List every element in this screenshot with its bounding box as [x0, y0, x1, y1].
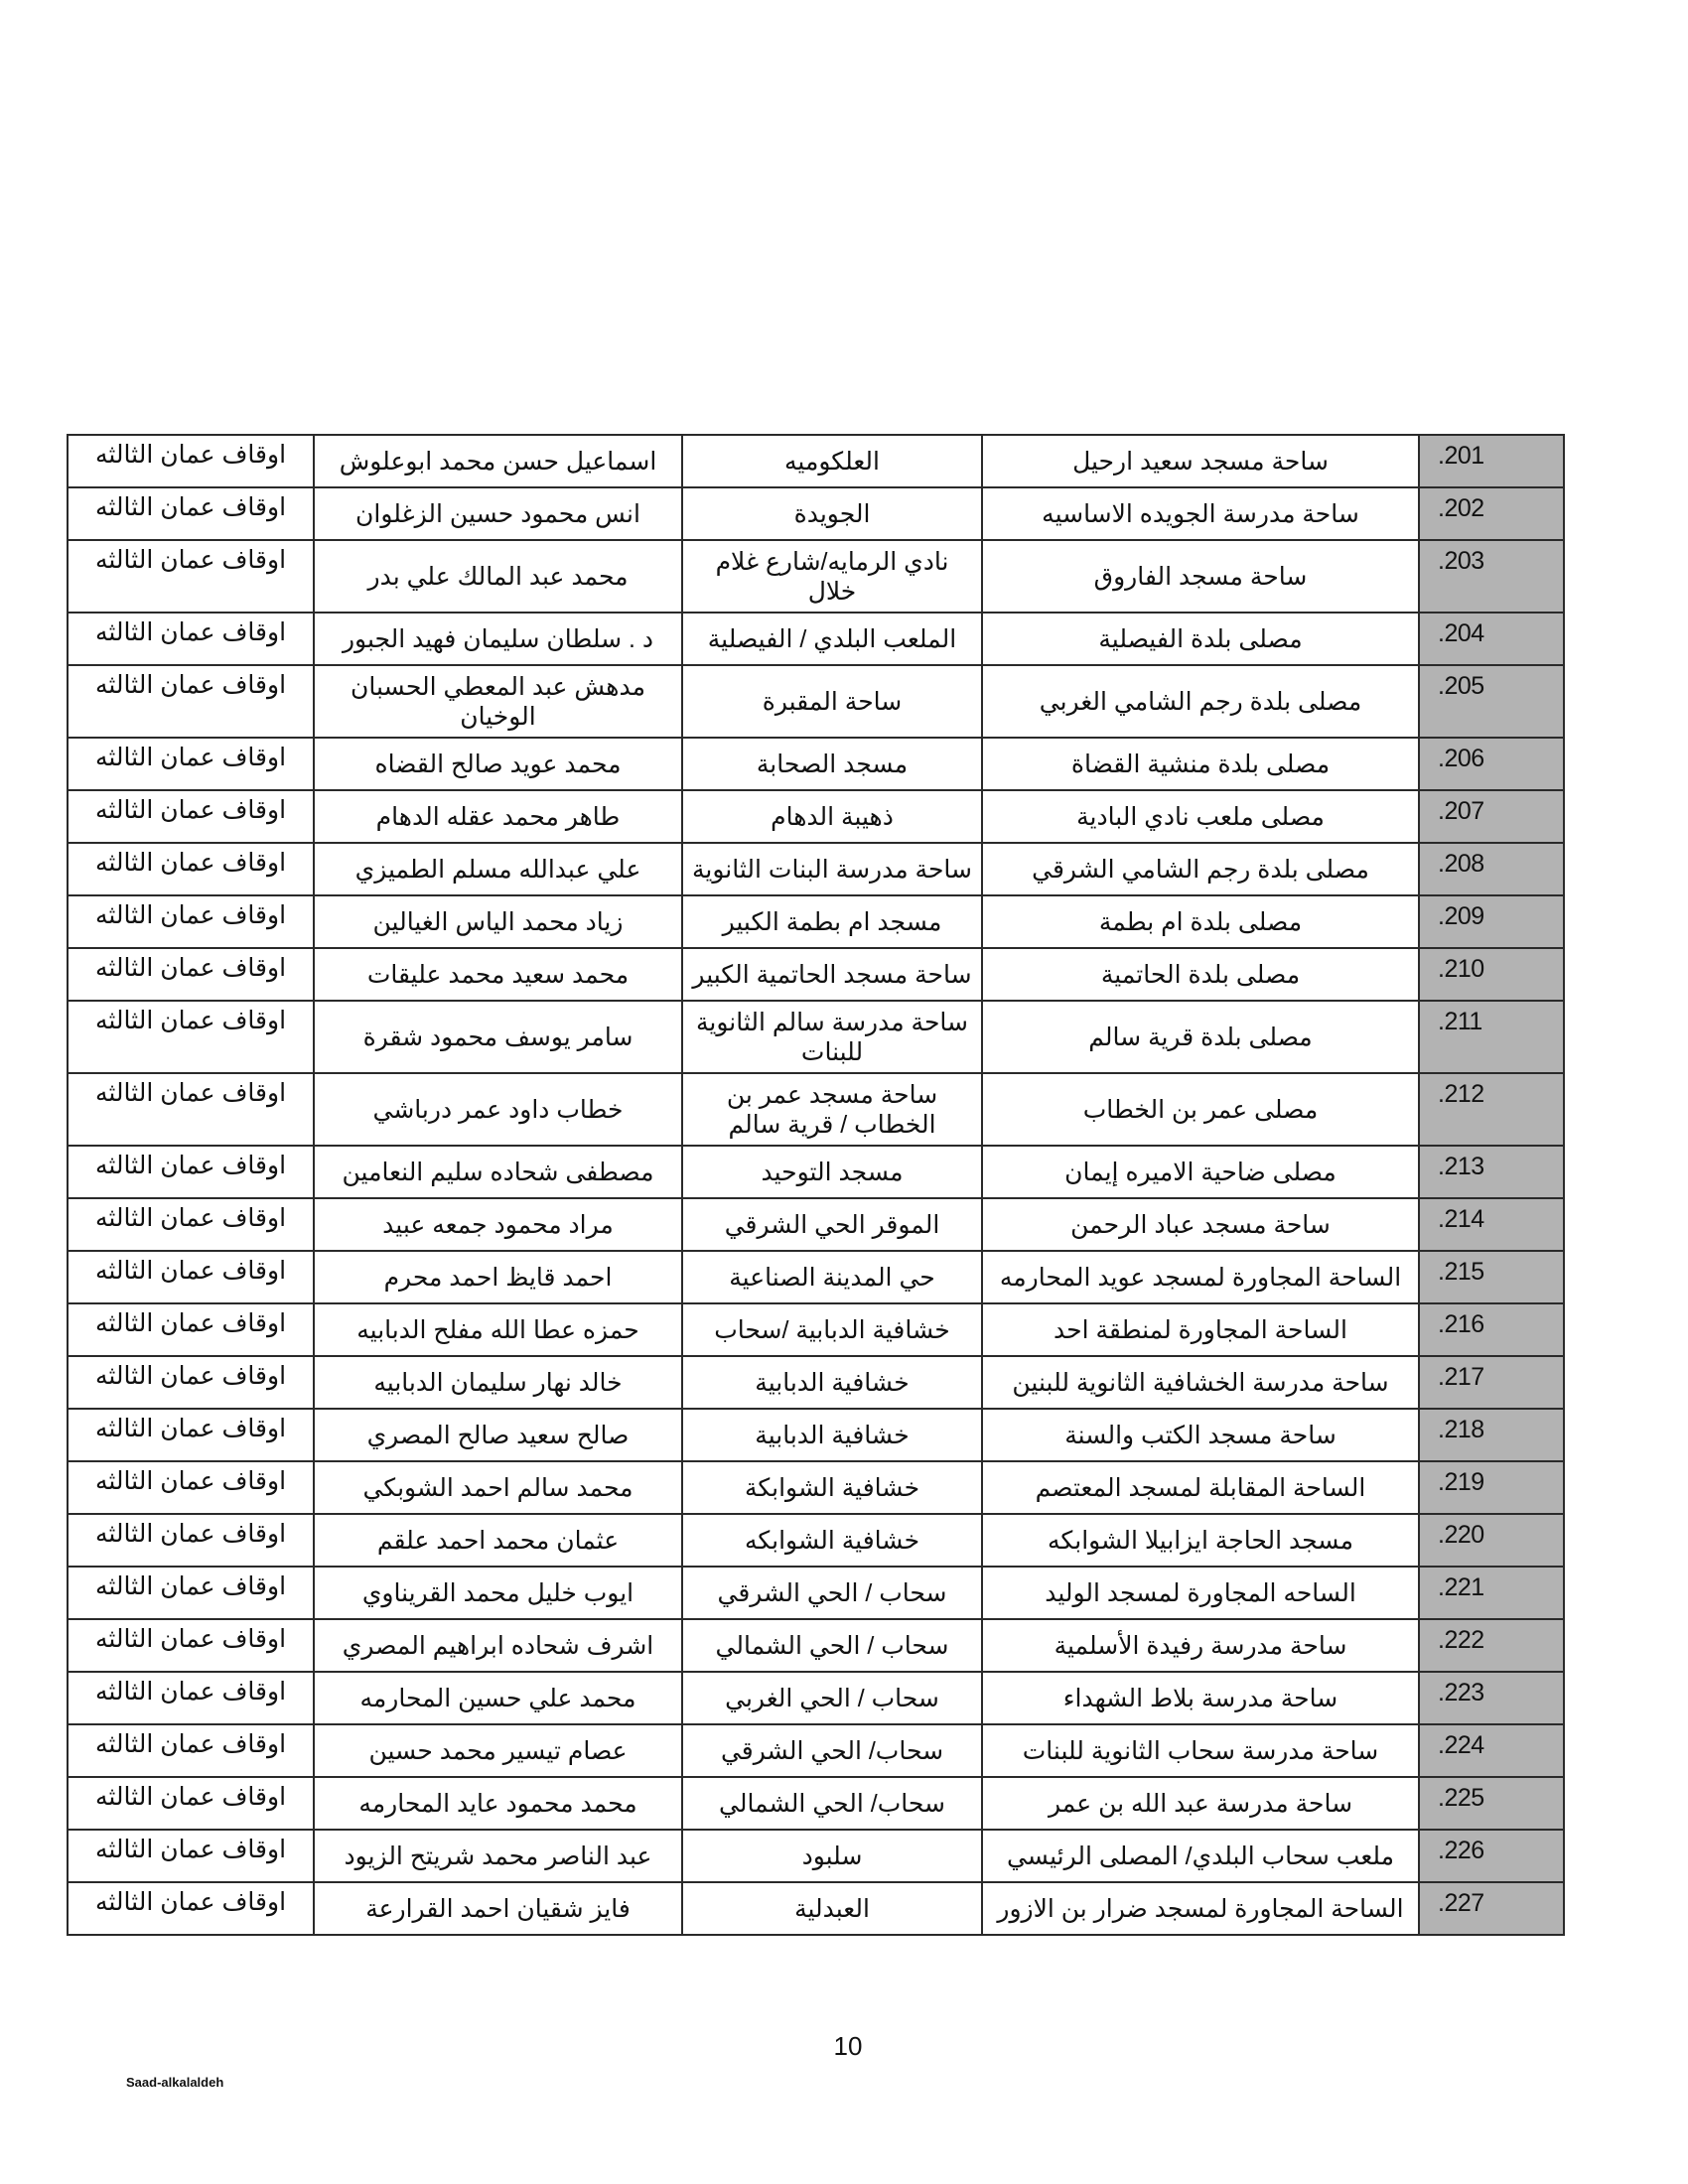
table-row: اوقاف عمان الثالثهاشرف شحاده ابراهيم الم…: [68, 1619, 1564, 1672]
site-cell: ساحة مدرسة الجويده الاساسيه: [982, 487, 1419, 540]
directorate-cell: اوقاف عمان الثالثه: [68, 1251, 314, 1303]
site-cell: ساحة مدرسة الخشافية الثانوية للبنين: [982, 1356, 1419, 1409]
number-cell: .212: [1419, 1073, 1564, 1146]
person-cell: عثمان محمد احمد علقم: [314, 1514, 682, 1567]
directorate-cell: اوقاف عمان الثالثه: [68, 1198, 314, 1251]
location-cell: خشافية الدبابية /سحاب: [682, 1303, 982, 1356]
site-cell: ملعب سحاب البلدي/ المصلى الرئيسي: [982, 1830, 1419, 1882]
table-row: اوقاف عمان الثالثهحمزه عطا الله مفلح الد…: [68, 1303, 1564, 1356]
directorate-cell: اوقاف عمان الثالثه: [68, 738, 314, 790]
site-cell: مصلى ضاحية الاميره إيمان: [982, 1146, 1419, 1198]
location-cell: مسجد الصحابة: [682, 738, 982, 790]
person-cell: محمد سعيد محمد عليقات: [314, 948, 682, 1001]
directorate-cell: اوقاف عمان الثالثه: [68, 948, 314, 1001]
person-cell: محمد سالم احمد الشوبكي: [314, 1461, 682, 1514]
location-cell: خشافية الدبابية: [682, 1409, 982, 1461]
table-row: اوقاف عمان الثالثهعثمان محمد احمد علقمخش…: [68, 1514, 1564, 1567]
table-row: اوقاف عمان الثالثهفايز شقيان احمد القرار…: [68, 1882, 1564, 1935]
table-row: اوقاف عمان الثالثهمحمد محمود عايد المحار…: [68, 1777, 1564, 1830]
table-row: اوقاف عمان الثالثهعصام تيسير محمد حسينسح…: [68, 1724, 1564, 1777]
directorate-cell: اوقاف عمان الثالثه: [68, 1303, 314, 1356]
table-row: اوقاف عمان الثالثهعبد الناصر محمد شريتح …: [68, 1830, 1564, 1882]
table-row: اوقاف عمان الثالثهمحمد عويد صالح القضاهم…: [68, 738, 1564, 790]
table-row: اوقاف عمان الثالثهعلي عبدالله مسلم الطمي…: [68, 843, 1564, 895]
location-cell: نادي الرمايه/شارع غلام خلال: [682, 540, 982, 613]
site-cell: الساحة المجاورة لمسجد ضرار بن الازور: [982, 1882, 1419, 1935]
table-row: اوقاف عمان الثالثهمدهش عبد المعطي الحسبا…: [68, 665, 1564, 738]
location-cell: ساحة مسجد الحاتمية الكبير: [682, 948, 982, 1001]
site-cell: الساحة المقابلة لمسجد المعتصم: [982, 1461, 1419, 1514]
table-row: اوقاف عمان الثالثهطاهر محمد عقله الدهامذ…: [68, 790, 1564, 843]
table-row: اوقاف عمان الثالثهد . سلطان سليمان فهيد …: [68, 613, 1564, 665]
table-row: اوقاف عمان الثالثهخطاب داود عمر درباشيسا…: [68, 1073, 1564, 1146]
number-cell: .226: [1419, 1830, 1564, 1882]
number-cell: .201: [1419, 435, 1564, 487]
directorate-cell: اوقاف عمان الثالثه: [68, 1001, 314, 1073]
site-cell: مصلى بلدة الفيصلية: [982, 613, 1419, 665]
directorate-cell: اوقاف عمان الثالثه: [68, 540, 314, 613]
number-cell: .208: [1419, 843, 1564, 895]
number-cell: .210: [1419, 948, 1564, 1001]
directorate-cell: اوقاف عمان الثالثه: [68, 1461, 314, 1514]
person-cell: محمد محمود عايد المحارمه: [314, 1777, 682, 1830]
site-cell: ساحة مدرسة بلاط الشهداء: [982, 1672, 1419, 1724]
directorate-cell: اوقاف عمان الثالثه: [68, 1882, 314, 1935]
person-cell: طاهر محمد عقله الدهام: [314, 790, 682, 843]
prayer-sites-table: اوقاف عمان الثالثهاسماعيل حسن محمد ابوعل…: [67, 434, 1565, 1936]
number-cell: .225: [1419, 1777, 1564, 1830]
number-cell: .214: [1419, 1198, 1564, 1251]
directorate-cell: اوقاف عمان الثالثه: [68, 1514, 314, 1567]
person-cell: مدهش عبد المعطي الحسبان الوخيان: [314, 665, 682, 738]
site-cell: مصلى عمر بن الخطاب: [982, 1073, 1419, 1146]
table-row: اوقاف عمان الثالثهخالد نهار سليمان الدبا…: [68, 1356, 1564, 1409]
person-cell: د . سلطان سليمان فهيد الجبور: [314, 613, 682, 665]
number-cell: .206: [1419, 738, 1564, 790]
directorate-cell: اوقاف عمان الثالثه: [68, 1777, 314, 1830]
person-cell: اسماعيل حسن محمد ابوعلوش: [314, 435, 682, 487]
site-cell: مسجد الحاجة ايزابيلا الشوابكه: [982, 1514, 1419, 1567]
number-cell: .204: [1419, 613, 1564, 665]
directorate-cell: اوقاف عمان الثالثه: [68, 1409, 314, 1461]
number-cell: .216: [1419, 1303, 1564, 1356]
person-cell: خطاب داود عمر درباشي: [314, 1073, 682, 1146]
directorate-cell: اوقاف عمان الثالثه: [68, 1567, 314, 1619]
table-row: اوقاف عمان الثالثهانس محمود حسين الزغلوا…: [68, 487, 1564, 540]
location-cell: العبدلية: [682, 1882, 982, 1935]
number-cell: .221: [1419, 1567, 1564, 1619]
table-row: اوقاف عمان الثالثهايوب خليل محمد القرينا…: [68, 1567, 1564, 1619]
number-cell: .207: [1419, 790, 1564, 843]
directorate-cell: اوقاف عمان الثالثه: [68, 1619, 314, 1672]
location-cell: خشافية الشوابكه: [682, 1514, 982, 1567]
person-cell: محمد عويد صالح القضاه: [314, 738, 682, 790]
directorate-cell: اوقاف عمان الثالثه: [68, 435, 314, 487]
person-cell: فايز شقيان احمد القرارعة: [314, 1882, 682, 1935]
person-cell: مصطفى شحاده سليم النعامين: [314, 1146, 682, 1198]
number-cell: .223: [1419, 1672, 1564, 1724]
person-cell: محمد عبد المالك علي بدر: [314, 540, 682, 613]
person-cell: احمد قايظ احمد محرم: [314, 1251, 682, 1303]
table-row: اوقاف عمان الثالثهمحمد علي حسين المحارمه…: [68, 1672, 1564, 1724]
number-cell: .211: [1419, 1001, 1564, 1073]
number-cell: .205: [1419, 665, 1564, 738]
location-cell: سلبود: [682, 1830, 982, 1882]
location-cell: سحاب / الحي الغربي: [682, 1672, 982, 1724]
directorate-cell: اوقاف عمان الثالثه: [68, 487, 314, 540]
site-cell: ساحة مسجد سعيد ارحيل: [982, 435, 1419, 487]
table-row: اوقاف عمان الثالثهمراد محمود جمعه عبيدال…: [68, 1198, 1564, 1251]
page-number: 10: [0, 2031, 1688, 2062]
person-cell: اشرف شحاده ابراهيم المصري: [314, 1619, 682, 1672]
site-cell: ساحة مسجد عباد الرحمن: [982, 1198, 1419, 1251]
directorate-cell: اوقاف عمان الثالثه: [68, 665, 314, 738]
location-cell: ساحة مسجد عمر بن الخطاب / قرية سالم: [682, 1073, 982, 1146]
location-cell: سحاب/ الحي الشرقي: [682, 1724, 982, 1777]
site-cell: الساحة المجاورة لمنطقة احد: [982, 1303, 1419, 1356]
location-cell: الملعب البلدي / الفيصلية: [682, 613, 982, 665]
person-cell: علي عبدالله مسلم الطميزي: [314, 843, 682, 895]
person-cell: سامر يوسف محمود شقرة: [314, 1001, 682, 1073]
table-row: اوقاف عمان الثالثهاسماعيل حسن محمد ابوعل…: [68, 435, 1564, 487]
person-cell: صالح سعيد صالح المصري: [314, 1409, 682, 1461]
location-cell: العلكوميه: [682, 435, 982, 487]
directorate-cell: اوقاف عمان الثالثه: [68, 1830, 314, 1882]
location-cell: سحاب/ الحي الشمالي: [682, 1777, 982, 1830]
location-cell: ساحة مدرسة سالم الثانوية للبنات: [682, 1001, 982, 1073]
directorate-cell: اوقاف عمان الثالثه: [68, 843, 314, 895]
number-cell: .213: [1419, 1146, 1564, 1198]
site-cell: ساحة مدرسة رفيدة الأسلمية: [982, 1619, 1419, 1672]
table-row: اوقاف عمان الثالثهمحمد سالم احمد الشوبكي…: [68, 1461, 1564, 1514]
directorate-cell: اوقاف عمان الثالثه: [68, 895, 314, 948]
number-cell: .222: [1419, 1619, 1564, 1672]
site-cell: الساحة المجاورة لمسجد عويد المحارمه: [982, 1251, 1419, 1303]
directorate-cell: اوقاف عمان الثالثه: [68, 790, 314, 843]
number-cell: .219: [1419, 1461, 1564, 1514]
table-row: اوقاف عمان الثالثهاحمد قايظ احمد محرمحي …: [68, 1251, 1564, 1303]
directorate-cell: اوقاف عمان الثالثه: [68, 1073, 314, 1146]
site-cell: الساحه المجاورة لمسجد الوليد: [982, 1567, 1419, 1619]
location-cell: ذهيبة الدهام: [682, 790, 982, 843]
table-row: اوقاف عمان الثالثهمحمد عبد المالك علي بد…: [68, 540, 1564, 613]
site-cell: ساحة مسجد الفاروق: [982, 540, 1419, 613]
person-cell: عصام تيسير محمد حسين: [314, 1724, 682, 1777]
number-cell: .203: [1419, 540, 1564, 613]
person-cell: انس محمود حسين الزغلوان: [314, 487, 682, 540]
location-cell: سحاب / الحي الشرقي: [682, 1567, 982, 1619]
site-cell: مصلى بلدة رجم الشامي الشرقي: [982, 843, 1419, 895]
site-cell: مصلى ملعب نادي البادية: [982, 790, 1419, 843]
site-cell: ساحة مدرسة سحاب الثانوية للبنات: [982, 1724, 1419, 1777]
site-cell: مصلى بلدة منشية القضاة: [982, 738, 1419, 790]
person-cell: خالد نهار سليمان الدبابيه: [314, 1356, 682, 1409]
location-cell: خشافية الشوابكة: [682, 1461, 982, 1514]
number-cell: .209: [1419, 895, 1564, 948]
site-cell: مصلى بلدة ام بطمة: [982, 895, 1419, 948]
table-row: اوقاف عمان الثالثهصالح سعيد صالح المصريخ…: [68, 1409, 1564, 1461]
location-cell: ساحة مدرسة البنات الثانوية: [682, 843, 982, 895]
location-cell: سحاب / الحي الشمالي: [682, 1619, 982, 1672]
number-cell: .202: [1419, 487, 1564, 540]
table-row: اوقاف عمان الثالثهزياد محمد الياس الغيال…: [68, 895, 1564, 948]
number-cell: .217: [1419, 1356, 1564, 1409]
table-row: اوقاف عمان الثالثهمصطفى شحاده سليم النعا…: [68, 1146, 1564, 1198]
number-cell: .224: [1419, 1724, 1564, 1777]
document-page: اوقاف عمان الثالثهاسماعيل حسن محمد ابوعل…: [0, 0, 1688, 2184]
location-cell: الجويدة: [682, 487, 982, 540]
directorate-cell: اوقاف عمان الثالثه: [68, 1672, 314, 1724]
directorate-cell: اوقاف عمان الثالثه: [68, 1356, 314, 1409]
person-cell: زياد محمد الياس الغيالين: [314, 895, 682, 948]
number-cell: .220: [1419, 1514, 1564, 1567]
number-cell: .218: [1419, 1409, 1564, 1461]
directorate-cell: اوقاف عمان الثالثه: [68, 1724, 314, 1777]
location-cell: حي المدينة الصناعية: [682, 1251, 982, 1303]
person-cell: حمزه عطا الله مفلح الدبابيه: [314, 1303, 682, 1356]
number-cell: .215: [1419, 1251, 1564, 1303]
location-cell: مسجد ام بطمة الكبير: [682, 895, 982, 948]
location-cell: الموقر الحي الشرقي: [682, 1198, 982, 1251]
directorate-cell: اوقاف عمان الثالثه: [68, 613, 314, 665]
table-row: اوقاف عمان الثالثهمحمد سعيد محمد عليقاتس…: [68, 948, 1564, 1001]
person-cell: ايوب خليل محمد القريناوي: [314, 1567, 682, 1619]
site-cell: ساحة مسجد الكتب والسنة: [982, 1409, 1419, 1461]
number-cell: .227: [1419, 1882, 1564, 1935]
table-body: اوقاف عمان الثالثهاسماعيل حسن محمد ابوعل…: [68, 435, 1564, 1935]
person-cell: عبد الناصر محمد شريتح الزيود: [314, 1830, 682, 1882]
site-cell: مصلى بلدة رجم الشامي الغربي: [982, 665, 1419, 738]
site-cell: ساحة مدرسة عبد الله بن عمر: [982, 1777, 1419, 1830]
location-cell: خشافية الدبابية: [682, 1356, 982, 1409]
table-row: اوقاف عمان الثالثهسامر يوسف محمود شقرةسا…: [68, 1001, 1564, 1073]
site-cell: مصلى بلدة قرية سالم: [982, 1001, 1419, 1073]
person-cell: محمد علي حسين المحارمه: [314, 1672, 682, 1724]
location-cell: مسجد التوحيد: [682, 1146, 982, 1198]
directorate-cell: اوقاف عمان الثالثه: [68, 1146, 314, 1198]
author-footer: Saad-alkalaldeh: [126, 2075, 223, 2090]
site-cell: مصلى بلدة الحاتمية: [982, 948, 1419, 1001]
location-cell: ساحة المقبرة: [682, 665, 982, 738]
person-cell: مراد محمود جمعه عبيد: [314, 1198, 682, 1251]
